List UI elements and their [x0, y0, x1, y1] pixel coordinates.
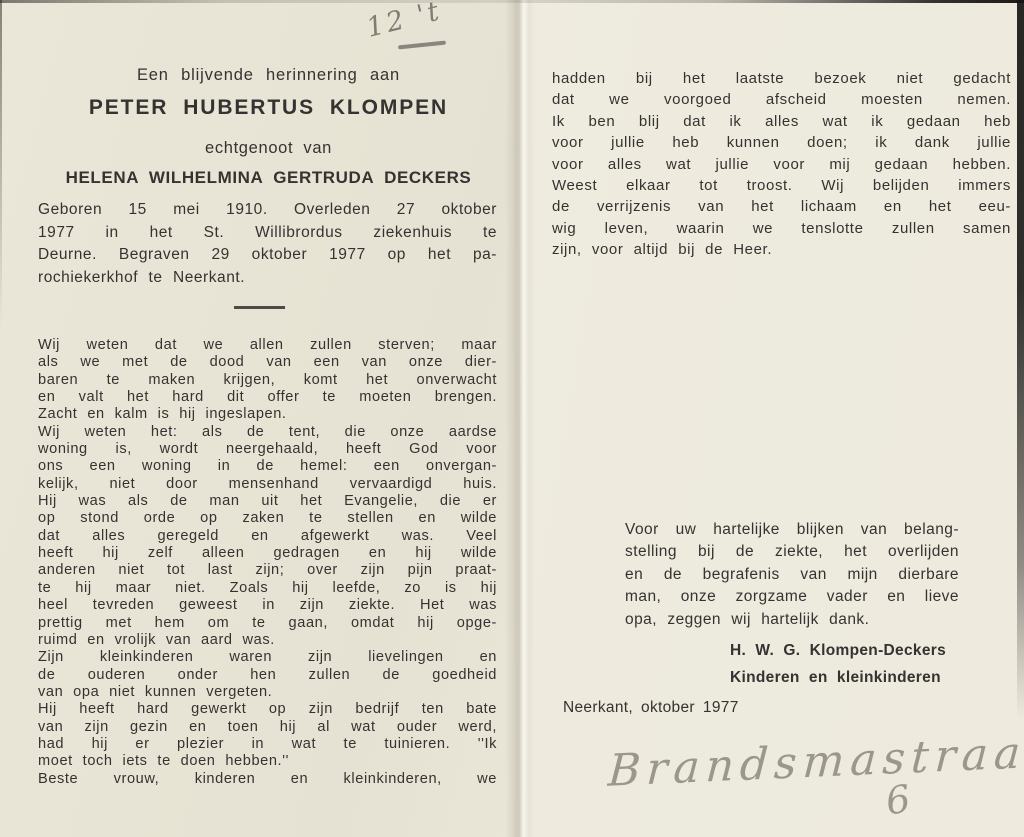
memorial-card-scan: Een blijvende herinnering aan PETER HUBE… — [0, 0, 1024, 837]
relation-line: echtgenoot van — [40, 139, 497, 158]
obituary-paragraph-2: Wij weten het: als de tent, die onze aar… — [38, 424, 497, 649]
obituary-text: Wij weten dat we allen zullen sterven; m… — [38, 337, 497, 788]
obituary-paragraph-4: Hij heeft hard gewerkt op zijn bedrijf t… — [38, 701, 497, 770]
obituary-paragraph-1: Wij weten dat we allen zullen sterven; m… — [38, 337, 497, 424]
intro-line: Een blijvende herinnering aan — [40, 66, 497, 85]
obituary-paragraph-3: Zijn kleinkinderen waren zijn lievelinge… — [38, 649, 497, 701]
signature-name: H. W. G. Klompen-Deckers — [730, 637, 980, 664]
dateline: Neerkant, oktober 1977 — [563, 699, 739, 717]
obituary-paragraph-5: Beste vrouw, kinderen en kleinkinderen, … — [38, 771, 497, 788]
signature-block: H. W. G. Klompen-Deckers Kinderen en kle… — [730, 637, 980, 691]
signature-family: Kinderen en kleinkinderen — [730, 664, 980, 691]
thanks-paragraph: Voor uw hartelijke blijken van belang-st… — [625, 519, 959, 631]
vitals-paragraph: Geboren 15 mei 1910. Overleden 27 oktobe… — [38, 199, 497, 289]
deceased-name: PETER HUBERTUS KLOMPEN — [40, 96, 497, 120]
left-page: Een blijvende herinnering aan PETER HUBE… — [0, 0, 517, 837]
obituary-continuation: hadden bij het laatste bezoek niet gedac… — [552, 68, 1011, 261]
right-page: hadden bij het laatste bezoek niet gedac… — [517, 0, 1024, 837]
section-divider — [234, 306, 285, 309]
spouse-name: HELENA WILHELMINA GERTRUDA DECKERS — [40, 168, 497, 188]
